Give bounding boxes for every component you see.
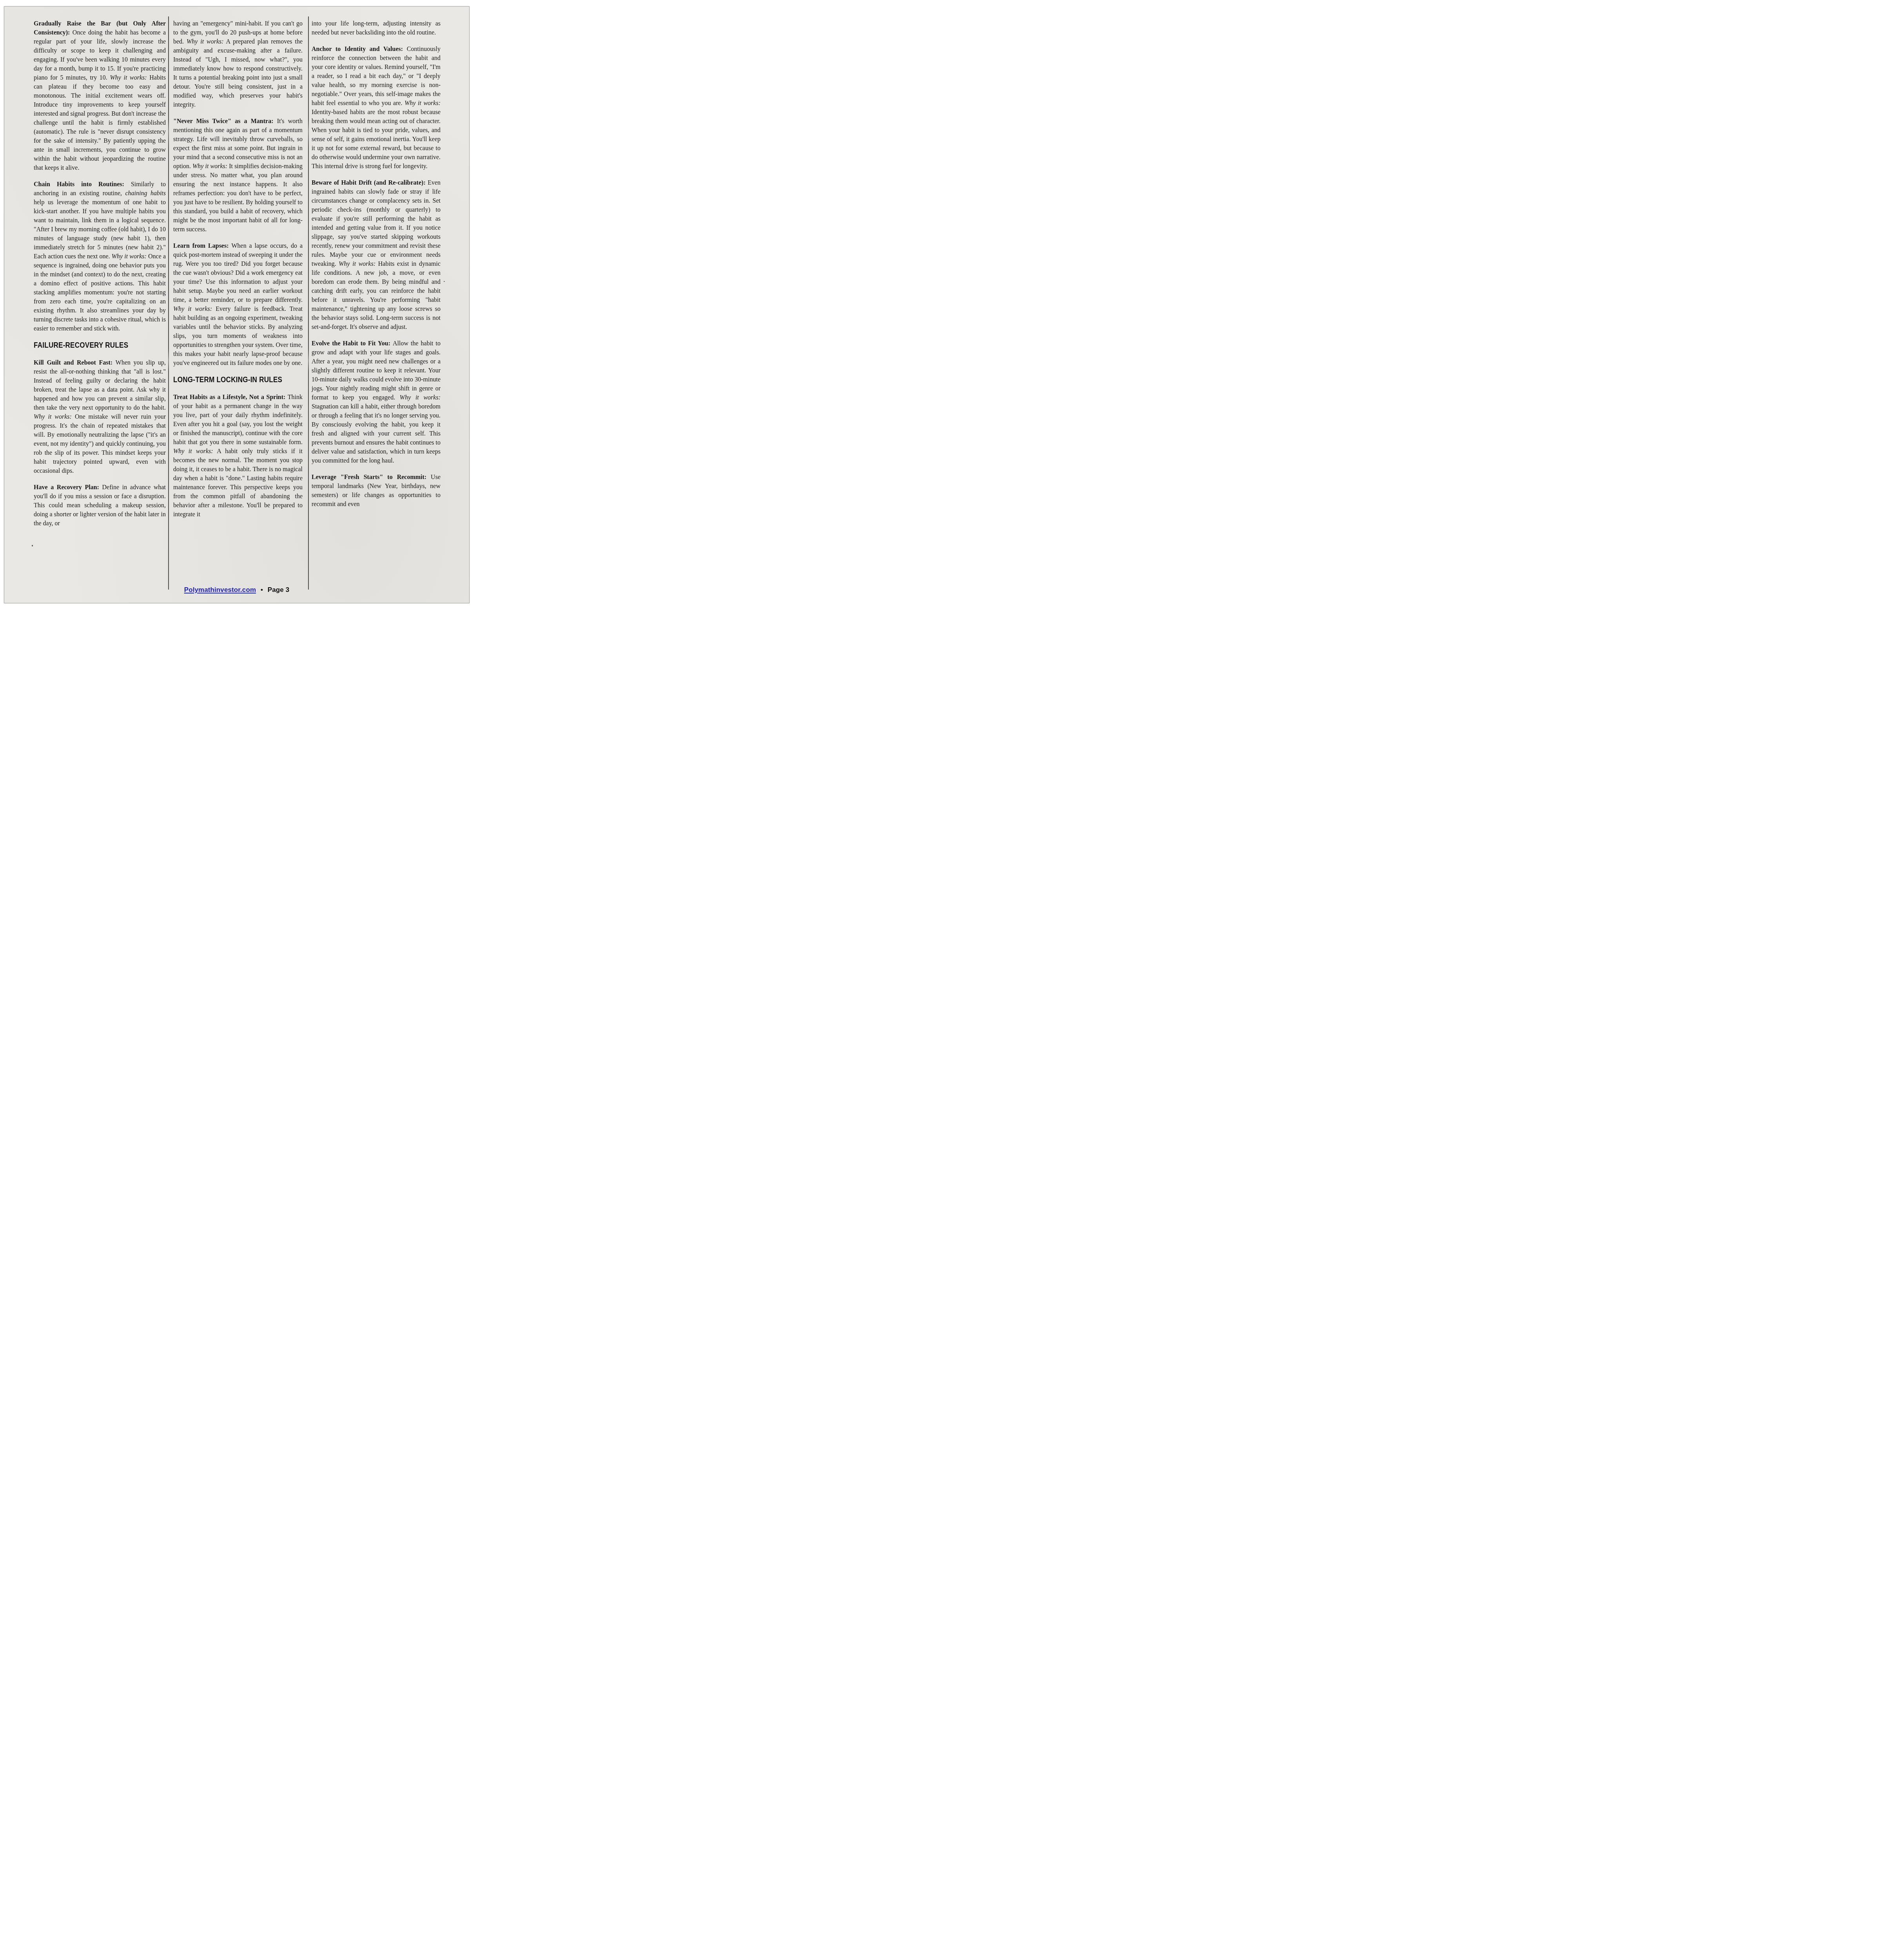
- paragraph: Beware of Habit Drift (and Re-calibrate)…: [312, 178, 441, 332]
- section-heading: LONG-TERM LOCKING-IN RULES: [173, 375, 303, 385]
- scan-speckle: [32, 545, 33, 546]
- scan-speckle: [208, 78, 209, 79]
- paragraph: Evolve the Habit to Fit You: Allow the h…: [312, 339, 441, 465]
- scan-speckle: [444, 281, 445, 282]
- paragraph: Learn from Lapses: When a lapse occurs, …: [173, 241, 303, 368]
- paragraph: Leverage "Fresh Starts" to Recommit: Use…: [312, 473, 441, 509]
- paragraph: Gradually Raise the Bar (but Only After …: [34, 19, 166, 172]
- paragraph: Have a Recovery Plan: Define in advance …: [34, 483, 166, 528]
- paragraph: Anchor to Identity and Values: Continuou…: [312, 45, 441, 171]
- paragraph: Kill Guilt and Reboot Fast: When you sli…: [34, 358, 166, 475]
- scanned-article-page: Gradually Raise the Bar (but Only After …: [0, 0, 473, 612]
- paragraph: having an "emergency" mini-habit. If you…: [173, 19, 303, 109]
- paragraph: "Never Miss Twice" as a Mantra: It's wor…: [173, 117, 303, 234]
- section-heading: FAILURE-RECOVERY RULES: [34, 341, 166, 351]
- column-divider-1: [168, 16, 169, 590]
- paragraph: Treat Habits as a Lifestyle, Not a Sprin…: [173, 393, 303, 519]
- paragraph: into your life long-term, adjusting inte…: [312, 19, 441, 37]
- column-3: into your life long-term, adjusting inte…: [312, 19, 441, 509]
- column-2: having an "emergency" mini-habit. If you…: [173, 19, 303, 519]
- page-footer: Polymathinvestor.com • Page 3: [4, 586, 469, 594]
- footer-site-link[interactable]: Polymathinvestor.com: [184, 586, 256, 593]
- footer-page-label: Page 3: [268, 586, 289, 593]
- paragraph: Chain Habits into Routines: Similarly to…: [34, 180, 166, 333]
- column-1: Gradually Raise the Bar (but Only After …: [34, 19, 166, 528]
- paper: Gradually Raise the Bar (but Only After …: [4, 6, 470, 603]
- footer-bullet: •: [261, 586, 263, 593]
- columns-container: Gradually Raise the Bar (but Only After …: [34, 19, 441, 586]
- column-divider-2: [308, 16, 309, 590]
